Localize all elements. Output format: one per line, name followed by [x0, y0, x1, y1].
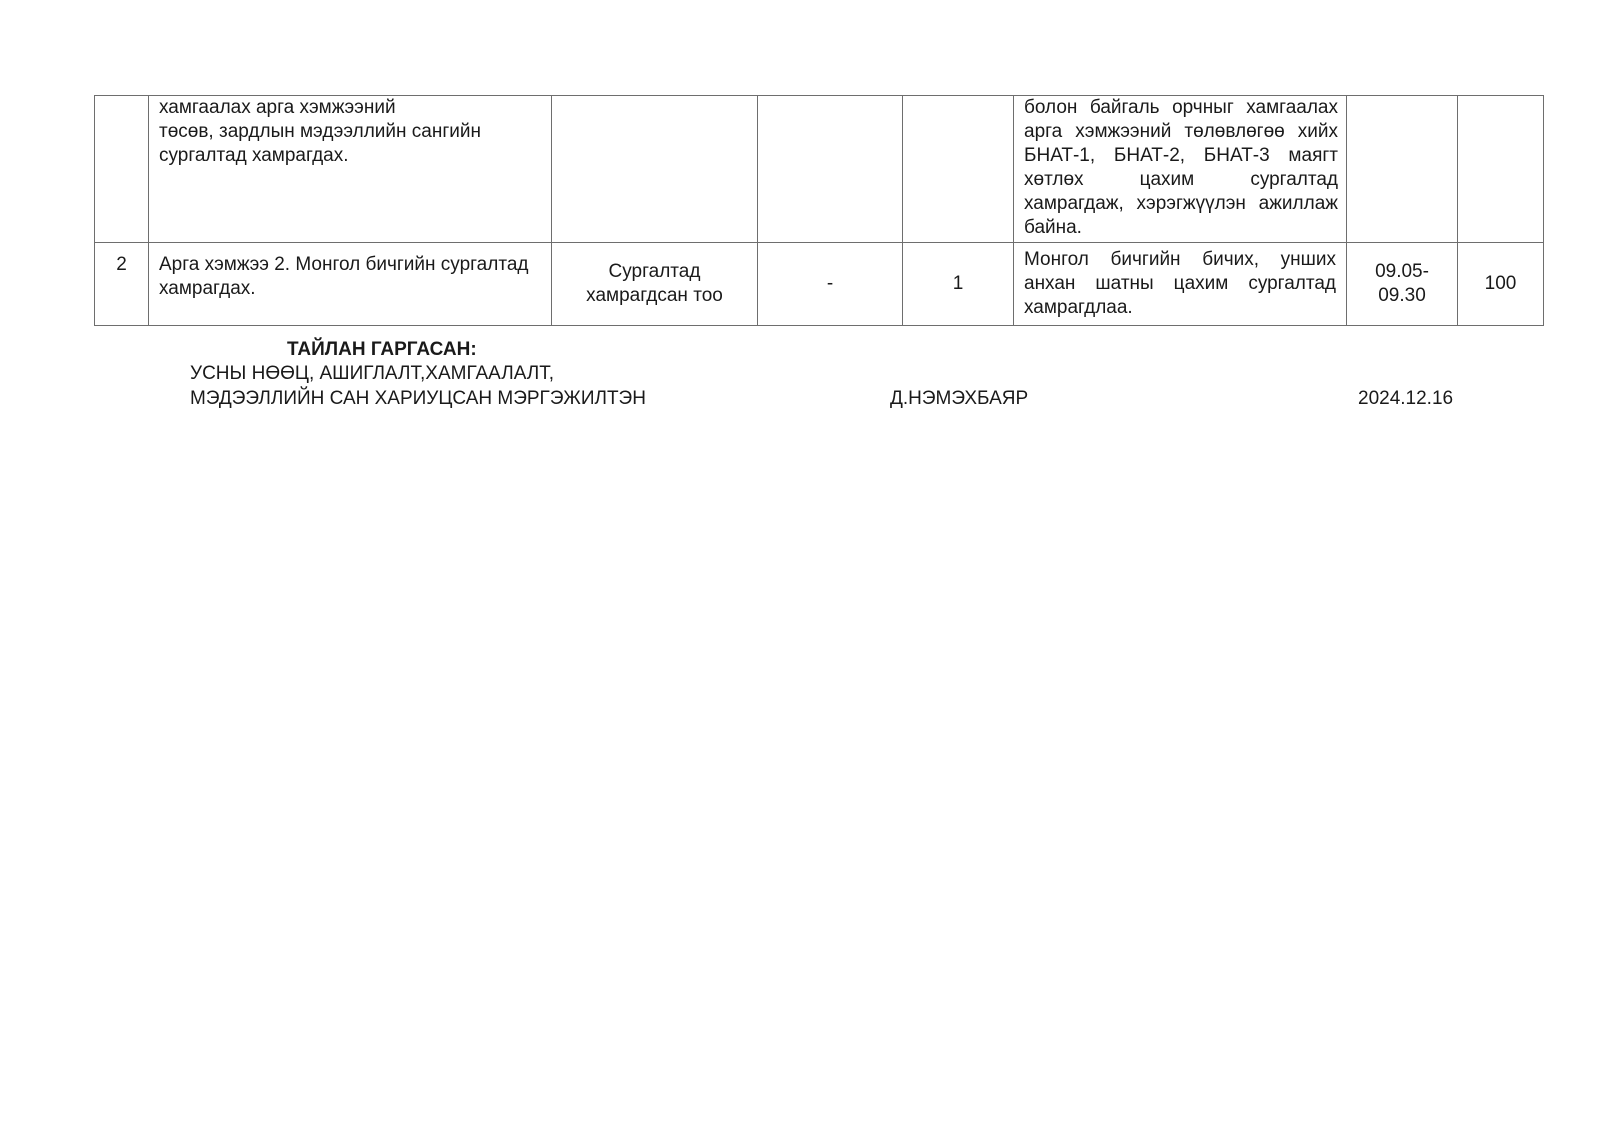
signature-date: 2024.12.16 — [1358, 387, 1453, 411]
activity-cell: Арга хэмжээ 2. Монгол бичгийн сургалтад … — [149, 243, 552, 326]
baseline-cell: - — [758, 243, 903, 326]
activity-line: сургалтад хамрагдах. — [159, 144, 541, 168]
row-number — [95, 96, 149, 243]
baseline-cell — [758, 96, 903, 243]
result-cell: болон байгаль орчныг хамгаалах арга хэмж… — [1014, 96, 1347, 243]
indicator-cell: Сургалтад хамрагдсан тоо — [552, 243, 758, 326]
activity-cell: хамгаалах арга хэмжээний төсөв, зардлын … — [149, 96, 552, 243]
report-table: хамгаалах арга хэмжээний төсөв, зардлын … — [94, 95, 1544, 326]
result-cell: Монгол бичгийн бичих, унших анхан шатны … — [1014, 243, 1347, 326]
row-number: 2 — [95, 243, 149, 326]
percent-cell — [1458, 96, 1544, 243]
percent-cell: 100 — [1458, 243, 1544, 326]
activity-line: хамгаалах арга хэмжээний — [159, 96, 541, 120]
signature-name: Д.НЭМЭХБАЯР — [890, 387, 1028, 411]
target-cell — [903, 96, 1014, 243]
period-cell — [1347, 96, 1458, 243]
indicator-cell — [552, 96, 758, 243]
signature-title: ТАЙЛАН ГАРГАСАН: — [287, 338, 477, 362]
table-row: 2 Арга хэмжээ 2. Монгол бичгийн сургалта… — [95, 243, 1544, 326]
activity-line: төсөв, зардлын мэдээллийн сангийн — [159, 120, 541, 144]
period-cell: 09.05-09.30 — [1347, 243, 1458, 326]
target-cell: 1 — [903, 243, 1014, 326]
signature-position-line2: МЭДЭЭЛЛИЙН САН ХАРИУЦСАН МЭРГЭЖИЛТЭН — [190, 387, 646, 411]
table-row: хамгаалах арга хэмжээний төсөв, зардлын … — [95, 96, 1544, 243]
signature-position-line1: УСНЫ НӨӨЦ, АШИГЛАЛТ,ХАМГААЛАЛТ, — [190, 362, 554, 386]
